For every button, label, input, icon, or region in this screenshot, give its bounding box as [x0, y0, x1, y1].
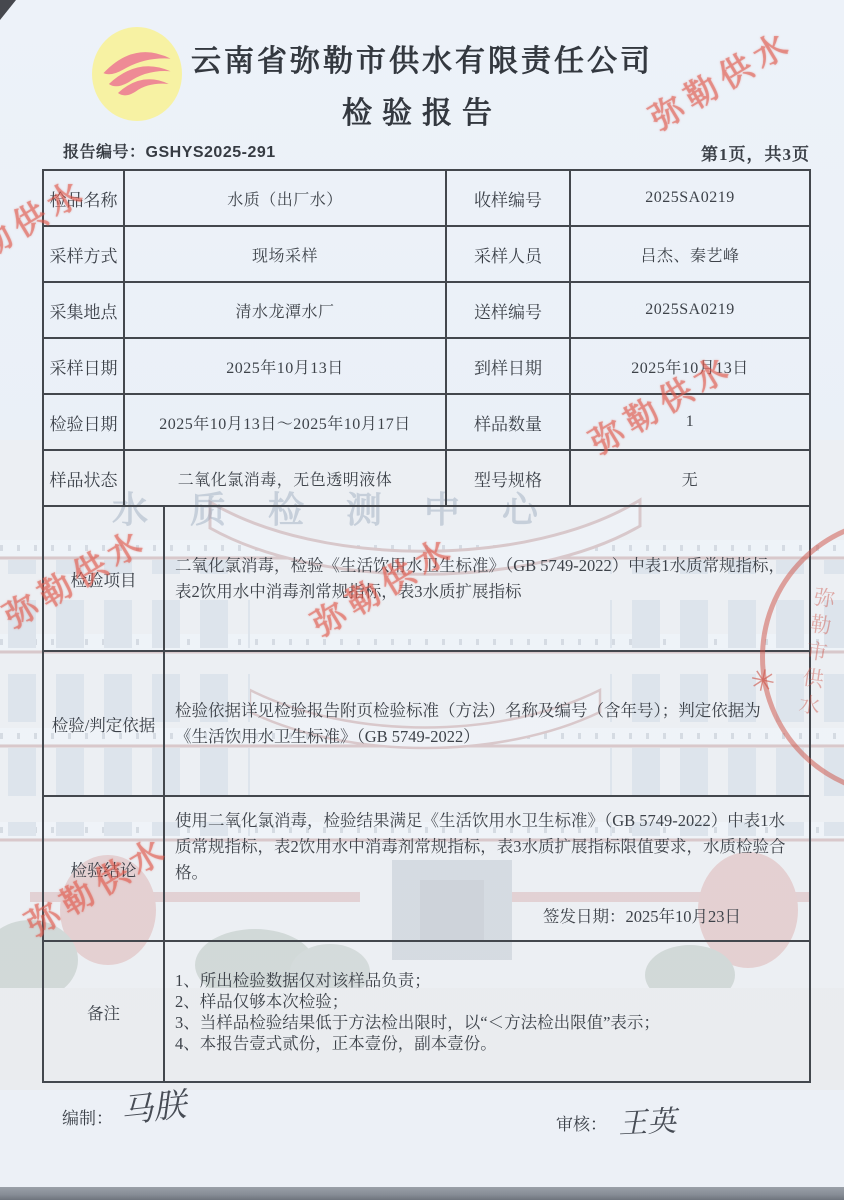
- field-value: 1、所出检验数据仅对该样品负责； 2、样品仅够本次检验； 3、当样品检验结果低于…: [165, 942, 809, 1081]
- field-label: 备注: [44, 942, 165, 1081]
- field-value: 吕杰、秦艺峰: [571, 227, 809, 281]
- report-number-label: 报告编号：: [63, 144, 146, 161]
- field-value: 清水龙潭水厂: [125, 283, 447, 337]
- field-value: 现场采样: [125, 227, 447, 281]
- field-label: 到样日期: [447, 339, 571, 393]
- field-label: 收样编号: [447, 171, 571, 225]
- reviewed-by-label: 审核：: [556, 1110, 607, 1135]
- sign-date: 签发日期：2025年10月23日: [175, 904, 793, 930]
- table-row: 采集地点 清水龙潭水厂 送样编号 2025SA0219: [44, 283, 809, 339]
- field-value: 2025年10月13日: [125, 339, 447, 393]
- table-row: 采样日期 2025年10月13日 到样日期 2025年10月13日: [44, 339, 809, 395]
- inspection-items-text: 二氧化氯消毒，检验《生活饮用水卫生标准》（GB 5749-2022）中表1水质常…: [175, 553, 793, 605]
- field-value: 无: [571, 451, 809, 505]
- remark-line: 3、当样品检验结果低于方法检出限时，以“＜方法检出限值”表示；: [175, 1012, 793, 1033]
- report-number: 报告编号：GSHYS2025-291: [63, 139, 276, 162]
- table-row: 检验结论 使用二氧化氯消毒，检验结果满足《生活饮用水卫生标准》（GB 5749-…: [44, 797, 809, 942]
- report-number-value: GSHYS2025-291: [146, 144, 276, 161]
- field-value: 二氧化氯消毒，无色透明液体: [125, 451, 447, 505]
- field-value: 检验依据详见检验报告附页检验标准（方法）名称及编号（含年号）；判定依据为《生活饮…: [165, 652, 809, 795]
- field-value: 水质（出厂水）: [125, 171, 447, 225]
- prepared-by-label: 编制：: [62, 1104, 113, 1129]
- field-value: 2025年10月13日: [571, 339, 809, 393]
- table-row: 检验日期 2025年10月13日～2025年10月17日 样品数量 1: [44, 395, 809, 451]
- prepared-by-signature: 马朕: [118, 1079, 189, 1133]
- field-label: 采集地点: [44, 283, 125, 337]
- field-label: 样品数量: [447, 395, 571, 449]
- field-value: 2025SA0219: [571, 283, 809, 337]
- field-label: 送样编号: [447, 283, 571, 337]
- company-name: 云南省弥勒市供水有限责任公司: [0, 36, 844, 80]
- field-label: 采样方式: [44, 227, 125, 281]
- table-row: 检验/判定依据 检验依据详见检验报告附页检验标准（方法）名称及编号（含年号）；判…: [44, 652, 809, 797]
- field-value: 1: [571, 395, 809, 449]
- field-value: 二氧化氯消毒，检验《生活饮用水卫生标准》（GB 5749-2022）中表1水质常…: [165, 507, 809, 650]
- field-label: 样品状态: [44, 451, 125, 505]
- field-label: 型号规格: [447, 451, 571, 505]
- page-indicator: 第1页，共3页: [701, 140, 810, 165]
- conclusion-text: 使用二氧化氯消毒，检验结果满足《生活饮用水卫生标准》（GB 5749-2022）…: [175, 808, 793, 886]
- field-value: 2025SA0219: [571, 171, 809, 225]
- scan-edge-bar: [0, 1187, 844, 1200]
- report-title: 检验报告: [0, 88, 844, 132]
- remark-line: 1、所出检验数据仅对该样品负责；: [175, 970, 793, 991]
- remark-line: 4、本报告壹式贰份，正本壹份，副本壹份。: [175, 1033, 793, 1054]
- field-label: 检验/判定依据: [44, 652, 165, 795]
- field-label: 检验日期: [44, 395, 125, 449]
- field-value: 2025年10月13日～2025年10月17日: [125, 395, 447, 449]
- field-label: 检品名称: [44, 171, 125, 225]
- table-row: 样品状态 二氧化氯消毒，无色透明液体 型号规格 无: [44, 451, 809, 507]
- field-label: 检验结论: [44, 797, 165, 940]
- reviewed-by-signature: 王英: [617, 1099, 677, 1143]
- field-label: 采样人员: [447, 227, 571, 281]
- table-row: 备注 1、所出检验数据仅对该样品负责； 2、样品仅够本次检验； 3、当样品检验结…: [44, 942, 809, 1081]
- table-row: 采样方式 现场采样 采样人员 吕杰、秦艺峰: [44, 227, 809, 283]
- table-row: 检品名称 水质（出厂水） 收样编号 2025SA0219: [44, 171, 809, 227]
- scan-corner-artifact: [0, 0, 16, 20]
- field-label: 检验项目: [44, 507, 165, 650]
- field-label: 采样日期: [44, 339, 125, 393]
- document-page: 水质检测中心 云南省弥勒市供水有限责任公司 检验报告 报告编号：GSHYS202…: [0, 0, 844, 1200]
- table-row: 检验项目 二氧化氯消毒，检验《生活饮用水卫生标准》（GB 5749-2022）中…: [44, 507, 809, 652]
- report-info-table: 检品名称 水质（出厂水） 收样编号 2025SA0219 采样方式 现场采样 采…: [42, 169, 811, 1083]
- inspection-basis-text: 检验依据详见检验报告附页检验标准（方法）名称及编号（含年号）；判定依据为《生活饮…: [175, 698, 793, 750]
- remark-line: 2、样品仅够本次检验；: [175, 991, 793, 1012]
- field-value: 使用二氧化氯消毒，检验结果满足《生活饮用水卫生标准》（GB 5749-2022）…: [165, 797, 809, 940]
